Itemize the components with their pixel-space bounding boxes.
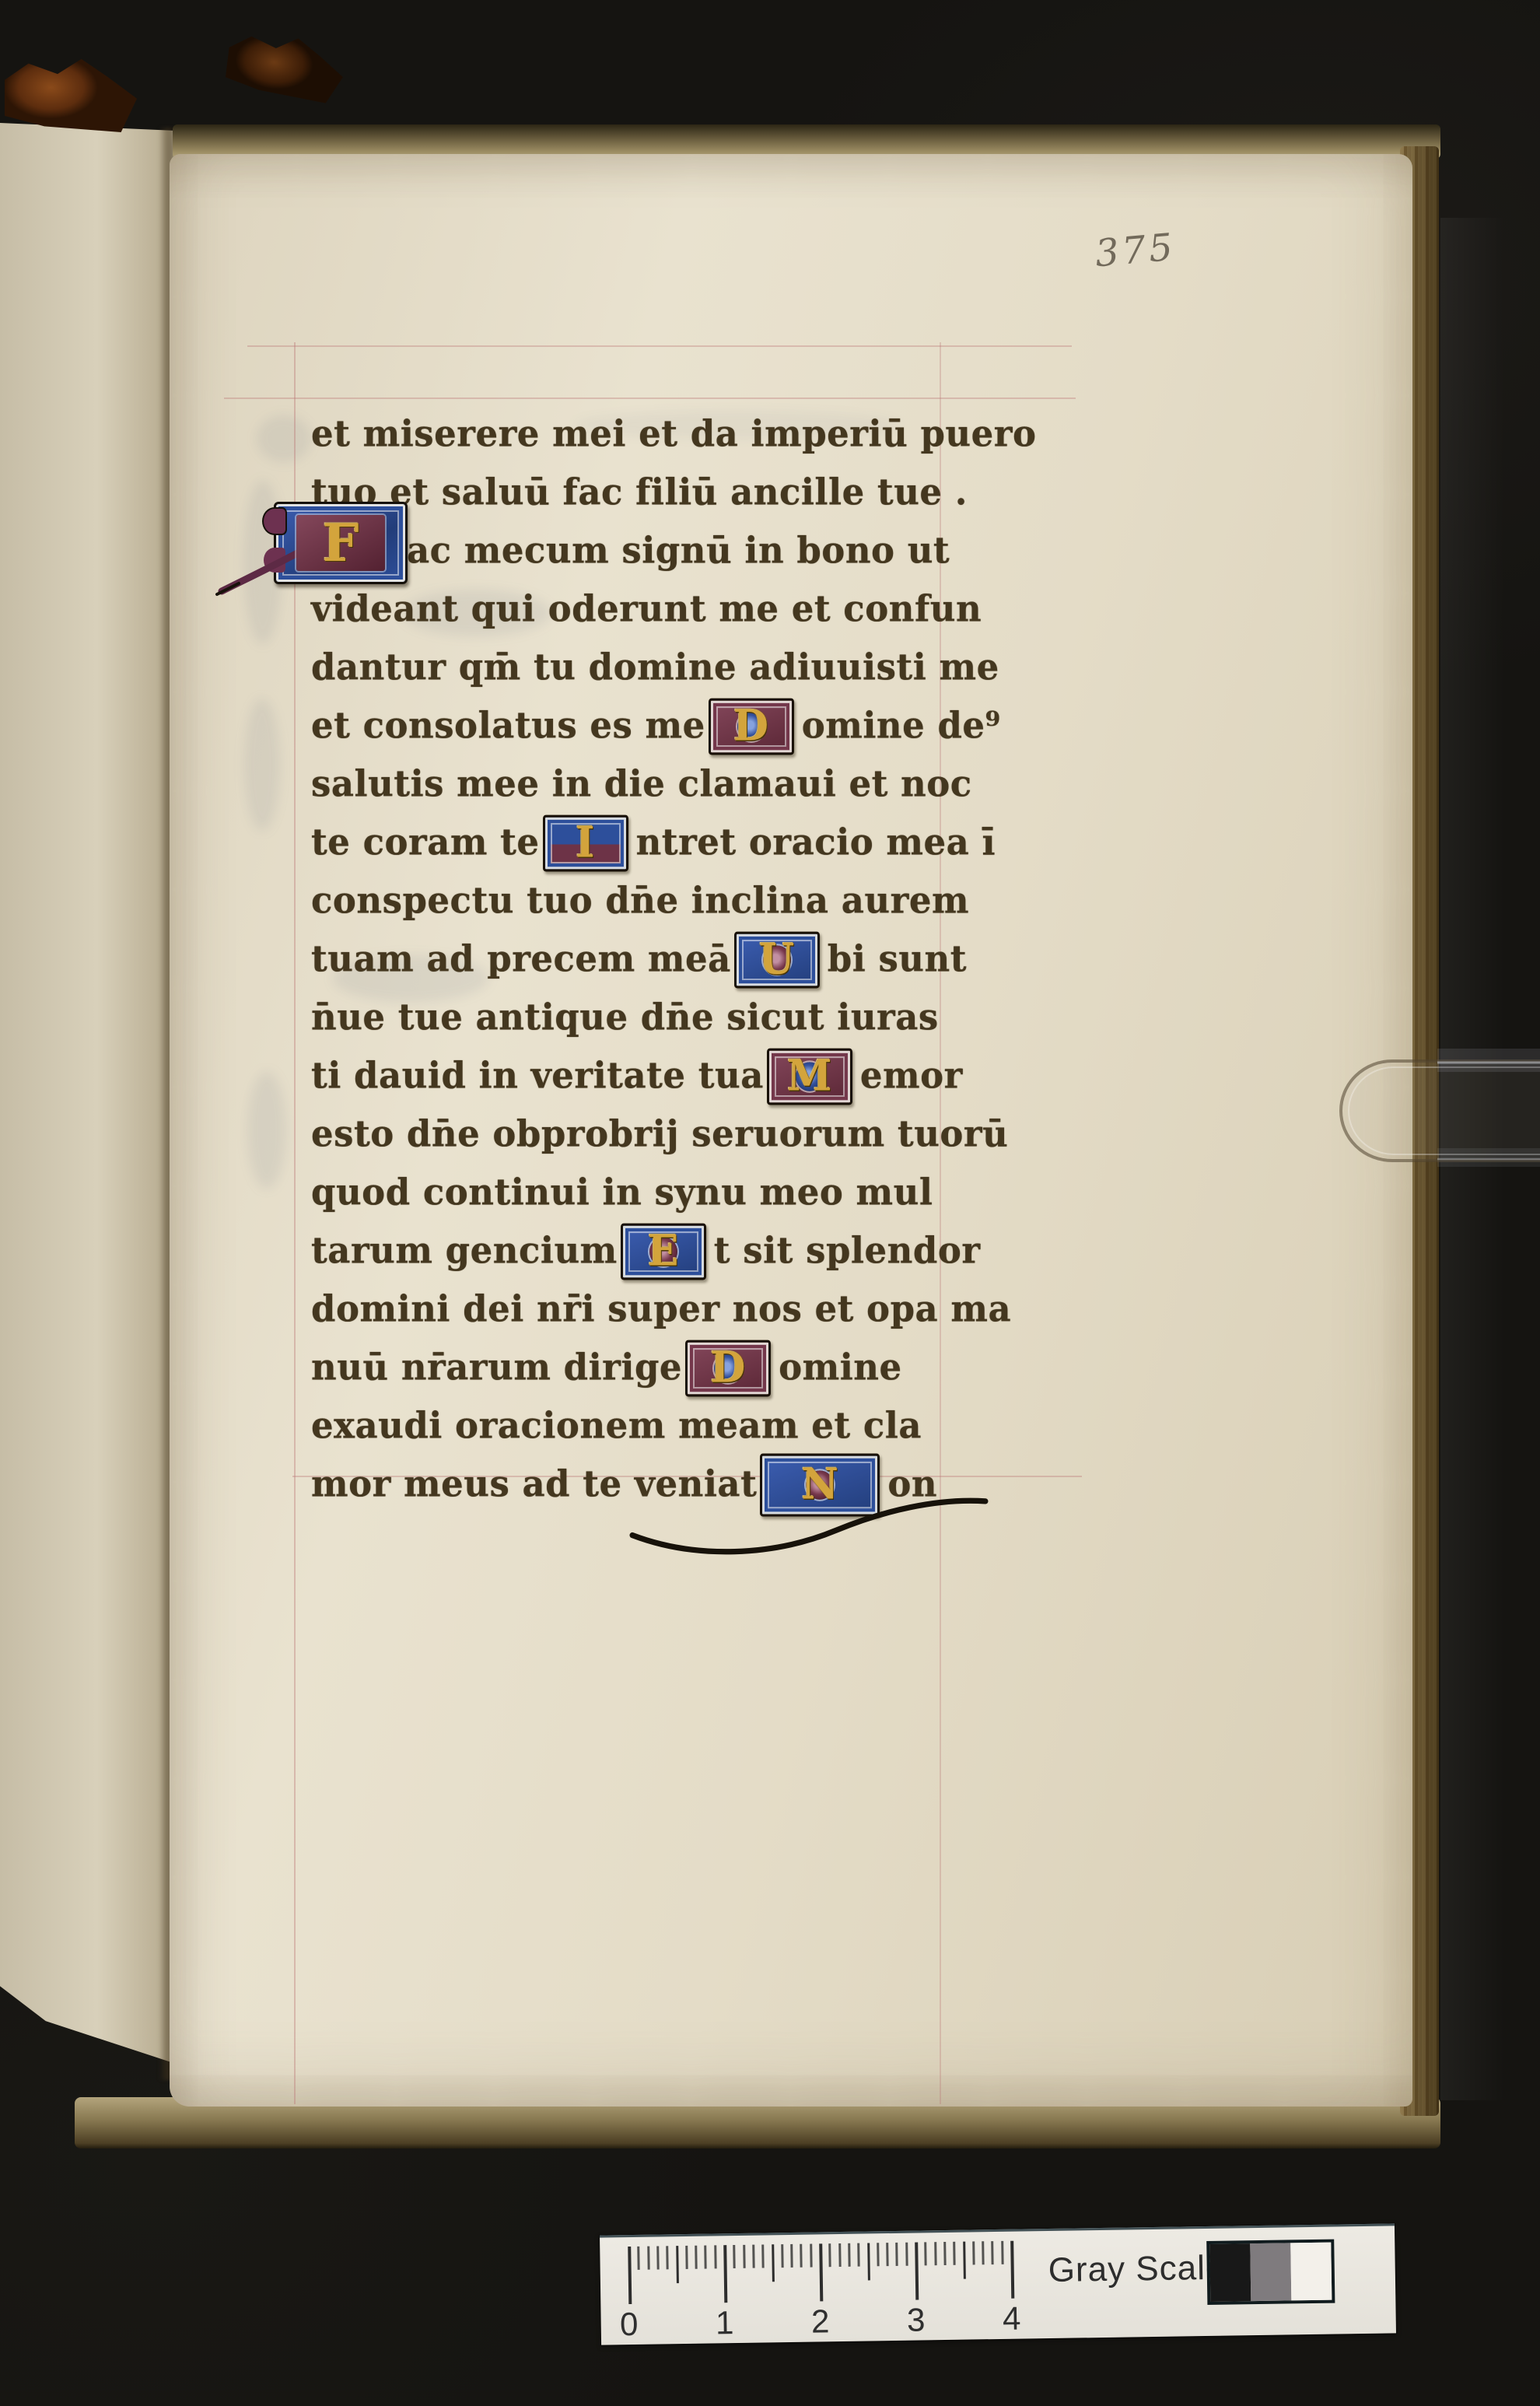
manuscript-text: ac mecum signū in bono ut: [407, 529, 950, 572]
manuscript-text: dantur qm̄ tu domine adiuuisti me: [311, 646, 999, 688]
initial-cusp-ornament: [262, 507, 287, 535]
ruler-tick: [896, 2243, 898, 2266]
show-through-smudge: [244, 699, 280, 831]
ruler-tick: [714, 2245, 716, 2268]
manuscript-text-line: videant qui oderunt me et confun: [311, 579, 1291, 639]
illuminated-initial-U: U: [734, 931, 820, 988]
manuscript-text-line: tuam ad precem meā Ubi sunt: [311, 929, 1291, 989]
grayscale-patch-black: [1209, 2243, 1251, 2302]
ruler-tick: [800, 2244, 803, 2268]
ruler-tick: [676, 2246, 679, 2283]
manuscript-text: bi sunt: [828, 937, 967, 980]
ruler-tick: [705, 2246, 707, 2269]
ruler-tick: [685, 2246, 688, 2269]
manuscript-text-line: et consolatus es me Domine de⁹: [311, 695, 1291, 756]
ruler-tick: [877, 2243, 879, 2266]
ruler-tick: [743, 2245, 745, 2268]
initial-flourish: [626, 1485, 992, 1566]
manuscript-text-line: quod continui in synu meo mul: [311, 1162, 1291, 1223]
ruler-tick: [905, 2243, 908, 2266]
ruler-unit-number: 2: [811, 2303, 830, 2340]
ruling-line-vertical-left: [294, 342, 296, 2104]
manuscript-text-line: tuo et saluū fac filiū ancille tue .: [311, 462, 1291, 523]
ruler-unit-number: 4: [1003, 2300, 1021, 2338]
ruler-tick: [752, 2245, 754, 2268]
ruler-unit-number: 1: [716, 2304, 734, 2341]
manuscript-text-line: n̄ue tue antique dn̄e sicut iuras: [311, 987, 1291, 1048]
illuminated-initial-F: F: [274, 502, 408, 584]
initial-letter: E: [648, 1231, 679, 1273]
manuscript-text: omine de⁹: [802, 704, 1001, 747]
ruler-tick: [982, 2241, 984, 2264]
ruler-tick: [934, 2242, 936, 2265]
manuscript-text-line: salutis mee in die clamaui et noc: [311, 754, 1291, 814]
grayscale-ruler-card: 01234 Gray Scale: [600, 2223, 1396, 2345]
ruler-tick: [695, 2246, 697, 2269]
manuscript-text: tarum gencium: [311, 1229, 618, 1272]
ruler-tick: [647, 2247, 649, 2270]
manuscript-text-line: et miserere mei et da imperiū puero: [311, 404, 1291, 464]
manuscript-text: ti dauid in veritate tua: [311, 1054, 764, 1097]
manuscript-text-line: te coram te Intret oracio mea ī: [311, 812, 1291, 873]
illuminated-initial-I: I: [543, 814, 628, 871]
manuscript-text: et miserere mei et da imperiū puero: [311, 412, 1037, 455]
binding-headband-small: [224, 29, 348, 105]
gray-scale-label: Gray Scale: [1048, 2249, 1225, 2290]
binding-headband: [5, 58, 137, 132]
ruler-tick: [972, 2241, 975, 2264]
initial-letter: M: [787, 1056, 832, 1098]
ruler-unit-number: 3: [907, 2301, 926, 2338]
show-through-smudge: [247, 1072, 286, 1189]
grayscale-patch-gray: [1250, 2243, 1291, 2301]
ruler-tick: [810, 2244, 812, 2268]
manuscript-text: conspectu tuo dn̄e inclina aurem: [311, 879, 969, 922]
ruler-tick: [867, 2243, 870, 2280]
ruler-tick: [781, 2244, 783, 2268]
show-through-smudge: [257, 415, 311, 462]
grayscale-patches: [1206, 2240, 1335, 2305]
manuscript-text-line: nuū nr̄arum dirige Domine: [311, 1337, 1291, 1398]
ruler-tick: [828, 2243, 831, 2267]
manuscript-text: videant qui oderunt me et confun: [311, 587, 982, 630]
ruler-tick: [772, 2244, 775, 2282]
ruler-tick: [953, 2242, 955, 2265]
ruler-tick: [838, 2243, 841, 2267]
ruler-tick: [1010, 2241, 1014, 2299]
manuscript-text: omine: [779, 1346, 902, 1389]
ruler-numbers: 01234: [628, 2299, 1034, 2341]
manuscript-text-line: tarum gencium Et sit splendor: [311, 1221, 1291, 1281]
manuscript-text: salutis mee in die clamaui et noc: [311, 762, 972, 805]
ruler-tick: [924, 2242, 926, 2265]
illuminated-initial-N: N: [760, 1453, 880, 1516]
manuscript-text-line: conspectu tuo dn̄e inclina aurem: [311, 870, 1291, 931]
manuscript-text-line: ti dauid in veritate tua Memor: [311, 1045, 1291, 1106]
ruler-tick: [992, 2241, 994, 2264]
ruler-tick: [723, 2245, 727, 2303]
manuscript-text: domini dei nr̄i super nos et opa ma: [311, 1287, 1011, 1330]
manuscript-text: te coram te: [311, 821, 540, 863]
ruler-tick: [666, 2246, 668, 2269]
ruler-tick: [819, 2243, 823, 2301]
ruler-tick: [638, 2247, 640, 2270]
ruler-tick: [628, 2247, 632, 2304]
illuminated-initial-E: E: [621, 1223, 706, 1280]
ruler-tick: [943, 2242, 946, 2265]
manuscript-text: esto dn̄e obprobrij seruorum tuorū: [311, 1112, 1008, 1155]
ruling-line-horizontal: [247, 345, 1072, 347]
manuscript-text-line: exaudi oracionem meam et cla: [311, 1396, 1291, 1456]
ruler-tick: [1001, 2241, 1003, 2264]
ruler-tick: [656, 2246, 659, 2269]
initial-letter: F: [323, 517, 359, 569]
manuscript-text: n̄ue tue antique dn̄e sicut iuras: [311, 996, 939, 1038]
ruler-tick: [963, 2242, 966, 2279]
page-holder-clip: [1283, 1027, 1540, 1198]
manuscript-text: exaudi oracionem meam et cla: [311, 1404, 922, 1447]
ruler-tick: [733, 2245, 736, 2268]
ruler-ticks: [628, 2241, 1017, 2309]
illuminated-initial-D: D: [709, 698, 794, 755]
ruler-tick: [848, 2243, 850, 2267]
manuscript-text: tuam ad precem meā: [311, 937, 731, 980]
manuscript-text-line: dantur qm̄ tu domine adiuuisti me: [311, 637, 1291, 698]
initial-letter: I: [576, 822, 595, 864]
manuscript-text: nuū nr̄arum dirige: [311, 1346, 682, 1389]
manuscript-text-line: esto dn̄e obprobrij seruorum tuorū: [311, 1104, 1291, 1164]
manuscript-text: ntret oracio mea ī: [636, 821, 996, 863]
manuscript-text-line: ac mecum signū in bono ut: [311, 520, 1291, 581]
folio-number: 375: [1094, 226, 1178, 276]
illuminated-initial-M: M: [767, 1048, 852, 1105]
ruler-tick: [886, 2243, 888, 2266]
previous-leaf-edge: [0, 123, 176, 2064]
manuscript-text: t sit splendor: [714, 1229, 981, 1272]
manuscript-text-line: mor meus ad te veniat Non: [311, 1454, 1291, 1515]
manuscript-text-line: domini dei nr̄i super nos et opa ma: [311, 1279, 1291, 1340]
initial-letter: U: [759, 939, 795, 981]
initial-letter: D: [733, 706, 769, 748]
ruler-tick: [857, 2243, 859, 2267]
manuscript-page: 375 et miserere mei et da imperiū puerot…: [170, 154, 1412, 2107]
ruling-line-horizontal: [224, 397, 1076, 399]
ruler-tick: [761, 2244, 764, 2268]
ruler-tick: [915, 2243, 919, 2300]
text-block: et miserere mei et da imperiū puerotuo e…: [311, 405, 1291, 1513]
manuscript-text: emor: [860, 1054, 963, 1097]
initial-letter: D: [710, 1347, 746, 1389]
grayscale-patch-white: [1290, 2243, 1332, 2301]
manuscript-text: quod continui in synu meo mul: [311, 1171, 933, 1214]
manuscript-text: et consolatus es me: [311, 704, 705, 747]
ruler-tick: [790, 2244, 793, 2268]
manuscript-text: tuo et saluū fac filiū ancille tue .: [311, 471, 968, 513]
ruler-unit-number: 0: [620, 2306, 639, 2343]
illuminated-initial-D: D: [685, 1340, 771, 1396]
photograph: 375 et miserere mei et da imperiū puerot…: [0, 0, 1540, 2406]
